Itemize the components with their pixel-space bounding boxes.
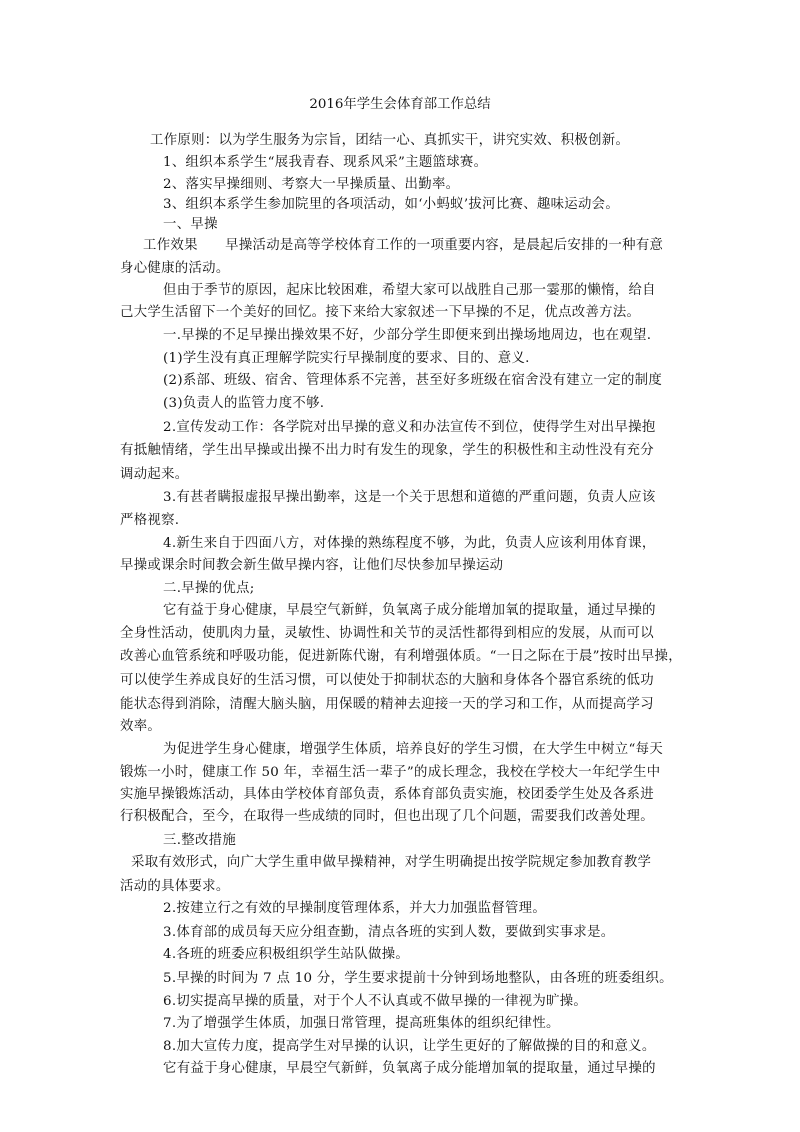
- text-line: 4.各班的班委应积极组织学生站队做操。: [163, 946, 409, 964]
- text-line: 3.体育部的成员每天应分组查勤，清点各班的实到人数，要做到实事求是。: [163, 924, 614, 942]
- text-line: 3、组织本系学生参加院里的各项活动，如‘小蚂蚁’拔河比赛、趣味运动会。: [163, 196, 619, 214]
- text-line: 5.早操的时间为 7 点 10 分，学生要求提前十分钟到场地整队，由各班的班委组…: [163, 970, 673, 988]
- text-line: 采取有效形式，向广大学生重申做早操精神，对学生明确提出按学院规定参加教育教学: [131, 854, 651, 872]
- text-line: 7.为了增强学生体质，加强日常管理，提高班集体的组织纪律性。: [163, 1015, 560, 1033]
- text-line: 实施早操锻炼活动，具体由学校体育部负责，系体育部负责实施，校团委学生处及各系进: [120, 786, 654, 804]
- text-line: (1)学生没有真正理解学院实行早操制度的要求、目的、意义.: [163, 350, 530, 368]
- text-line: 一.早操的不足早操出操效果不好，少部分学生即便来到出操场地周边，也在观望.: [163, 327, 651, 345]
- text-line: 改善心血管系统和呼吸功能，促进新陈代谢，有利增强体质。“一日之际在于晨”按时出早…: [120, 648, 682, 666]
- text-line: 为促进学生身心健康，增强学生体质，培养良好的学生习惯，在大学生中树立“每天: [163, 741, 663, 759]
- text-line: 一、早操: [163, 216, 218, 234]
- text-line: 己大学生活留下一个美好的回忆。接下来给大家叙述一下早操的不足，优点改善方法。: [120, 304, 640, 322]
- text-line: 身心健康的活动。: [120, 260, 230, 278]
- text-line: 8.加大宣传力度，提高学生对早操的认识，让学生更好的了解做操的目的和意义。: [163, 1038, 656, 1056]
- text-line: 3.有甚者瞒报虚报早操出勤率，这是一个关于思想和道德的严重问题，负责人应该: [163, 489, 656, 507]
- text-line: 2、落实早操细则、考察大一早操质量、出勤率。: [163, 176, 459, 194]
- text-line: 2.宣传发动工作：各学院对出早操的意义和办法宣传不到位，使得学生对出早操抱: [163, 419, 656, 437]
- document-title: 2016年学生会体育部工作总结: [0, 96, 800, 114]
- text-line: 严格视察.: [120, 512, 179, 530]
- text-line: 但由于季节的原因，起床比较困难，希望大家可以战胜自己那一霎那的懒惰，给自: [163, 282, 656, 300]
- text-line: 工作原则：以为学生服务为宗旨，团结一心、真抓实干，讲究实效、积极创新。: [150, 132, 629, 150]
- text-line: 三.整改措施: [163, 832, 236, 850]
- text-line: 行积极配合，至今，在取得一些成绩的同时，但也出现了几个问题，需要我们改善处理。: [120, 808, 654, 826]
- text-line: 4.新生来自于四面八方，对体操的熟练程度不够，为此，负责人应该利用体育课，: [163, 535, 656, 553]
- text-line: 工作效果 早操活动是高等学校体育工作的一项重要内容，是晨起后安排的一种有意: [143, 237, 663, 255]
- text-line: 有抵触情绪，学生出早操或出操不出力时有发生的现象，学生的积极性和主动性没有充分: [120, 442, 654, 460]
- text-line: 效率。: [120, 718, 161, 736]
- text-line: 调动起来。: [120, 466, 188, 484]
- text-line: 二.早操的优点;: [163, 580, 255, 598]
- text-line: 6.切实提高早操的质量，对于个人不认真或不做早操的一律视为旷操。: [163, 993, 587, 1011]
- text-line: (3)负责人的监管力度不够.: [163, 395, 324, 413]
- text-line: 2.按建立行之有效的早操制度管理体系，并大力加强监督管理。: [163, 900, 546, 918]
- text-line: 活动的具体要求。: [120, 878, 230, 896]
- text-line: 1、组织本系学生“展我青春、现系风采”主题篮球赛。: [163, 154, 487, 172]
- text-line: 它有益于身心健康，早晨空气新鲜，负氧离子成分能增加氧的提取量，通过早操的: [163, 602, 656, 620]
- text-line: 全身性活动，使肌肉力量，灵敏性、协调性和关节的灵活性都得到相应的发展，从而可以: [120, 625, 654, 643]
- text-line: 早操或课余时间教会新生做早操内容，让他们尽快参加早操运动: [120, 557, 503, 575]
- text-line: 可以使学生养成良好的生活习惯，可以使处于抑制状态的大脑和身体各个器官系统的低功: [120, 672, 654, 690]
- text-line: 锻炼一小时，健康工作 50 年，幸福生活一辈子”的成长理念，我校在学校大一年纪学…: [120, 764, 660, 782]
- text-line: 能状态得到消除，清醒大脑头脑，用保暖的精神去迎接一天的学习和工作，从而提高学习: [120, 696, 654, 714]
- text-line: 它有益于身心健康，早晨空气新鲜，负氧离子成分能增加氧的提取量，通过早操的: [163, 1060, 656, 1078]
- text-line: (2)系部、班级、宿舍、管理体系不完善，甚至好多班级在宿舍没有建立一定的制度: [163, 372, 662, 390]
